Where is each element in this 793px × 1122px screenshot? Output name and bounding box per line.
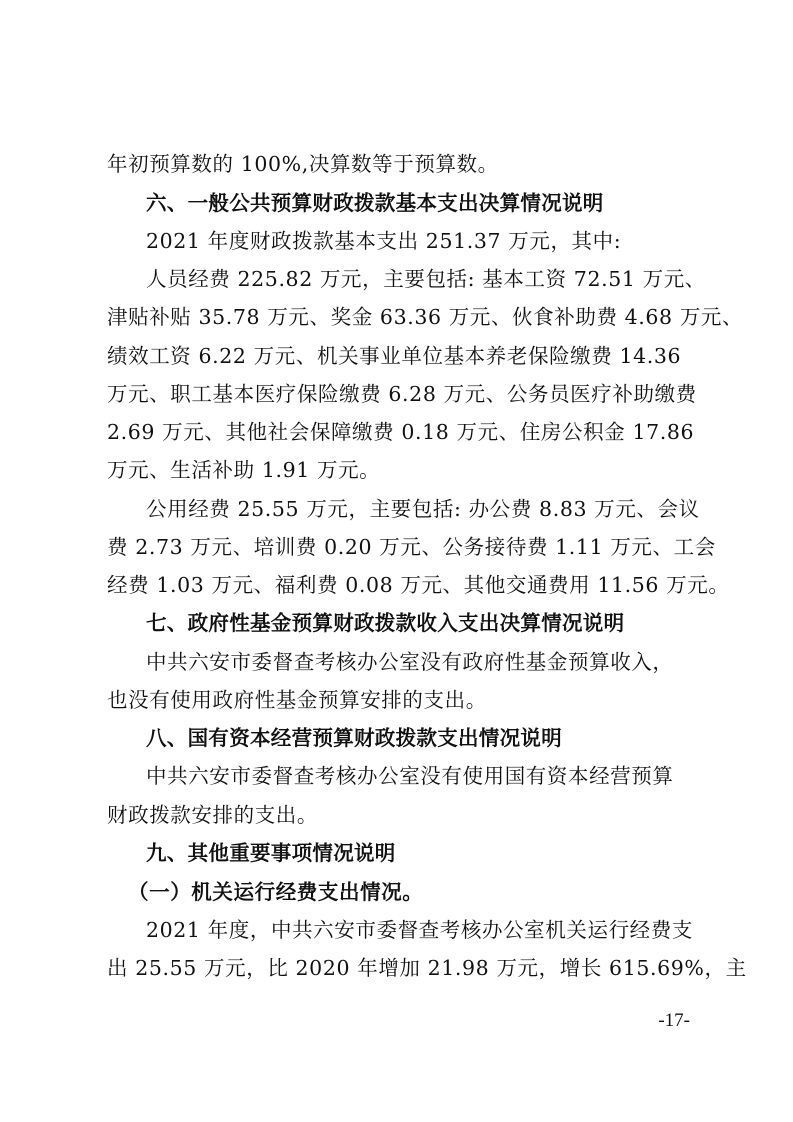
paragraph-line: 中共六安市委督查考核办公室没有使用国有资本经营预算 (146, 757, 726, 795)
paragraph-line: 费 2.73 万元、培训费 0.20 万元、公务接待费 1.11 万元、工会 (107, 528, 687, 566)
paragraph-line: 津贴补贴 35.78 万元、奖金 63.36 万元、伙食补助费 4.68 万元、 (107, 298, 687, 336)
paragraph-line: 2021 年度财政拨款基本支出 251.37 万元，其中: (146, 222, 726, 260)
paragraph-line: 经费 1.03 万元、福利费 0.08 万元、其他交通费用 11.56 万元。 (107, 566, 687, 604)
paragraph-line: 万元、职工基本医疗保险缴费 6.28 万元、公务员医疗补助缴费 (107, 375, 687, 413)
paragraph-line: 2.69 万元、其他社会保障缴费 0.18 万元、住房公积金 17.86 (107, 413, 687, 451)
page-number: -17- (640, 1006, 690, 1036)
paragraph-line: 年初预算数的 100%,决算数等于预算数。 (107, 145, 687, 183)
section-heading-7: 七、政府性基金预算财政拨款收入支出决算情况说明 (146, 604, 726, 642)
paragraph-line: 2021 年度，中共六安市委督查考核办公室机关运行经费支 (146, 911, 726, 949)
paragraph-line: 公用经费 25.55 万元，主要包括: 办公费 8.83 万元、会议 (146, 490, 726, 528)
section-heading-6: 六、一般公共预算财政拨款基本支出决算情况说明 (146, 184, 726, 222)
paragraph-line: 万元、生活补助 1.91 万元。 (107, 451, 687, 489)
subsection-heading-1: （一）机关运行经费支出情况。 (128, 873, 708, 911)
paragraph-line: 财政拨款安排的支出。 (107, 796, 687, 834)
paragraph-line: 出 25.55 万元，比 2020 年增加 21.98 万元，增长 615.69… (107, 949, 687, 987)
section-heading-9: 九、其他重要事项情况说明 (146, 834, 726, 872)
paragraph-line: 人员经费 225.82 万元，主要包括: 基本工资 72.51 万元、 (146, 260, 726, 298)
paragraph-line: 也没有使用政府性基金预算安排的支出。 (107, 681, 687, 719)
paragraph-line: 绩效工资 6.22 万元、机关事业单位基本养老保险缴费 14.36 (107, 337, 687, 375)
document-page: 年初预算数的 100%,决算数等于预算数。 六、一般公共预算财政拨款基本支出决算… (0, 0, 793, 1122)
section-heading-8: 八、国有资本经营预算财政拨款支出情况说明 (146, 719, 726, 757)
paragraph-line: 中共六安市委督查考核办公室没有政府性基金预算收入， (146, 643, 726, 681)
